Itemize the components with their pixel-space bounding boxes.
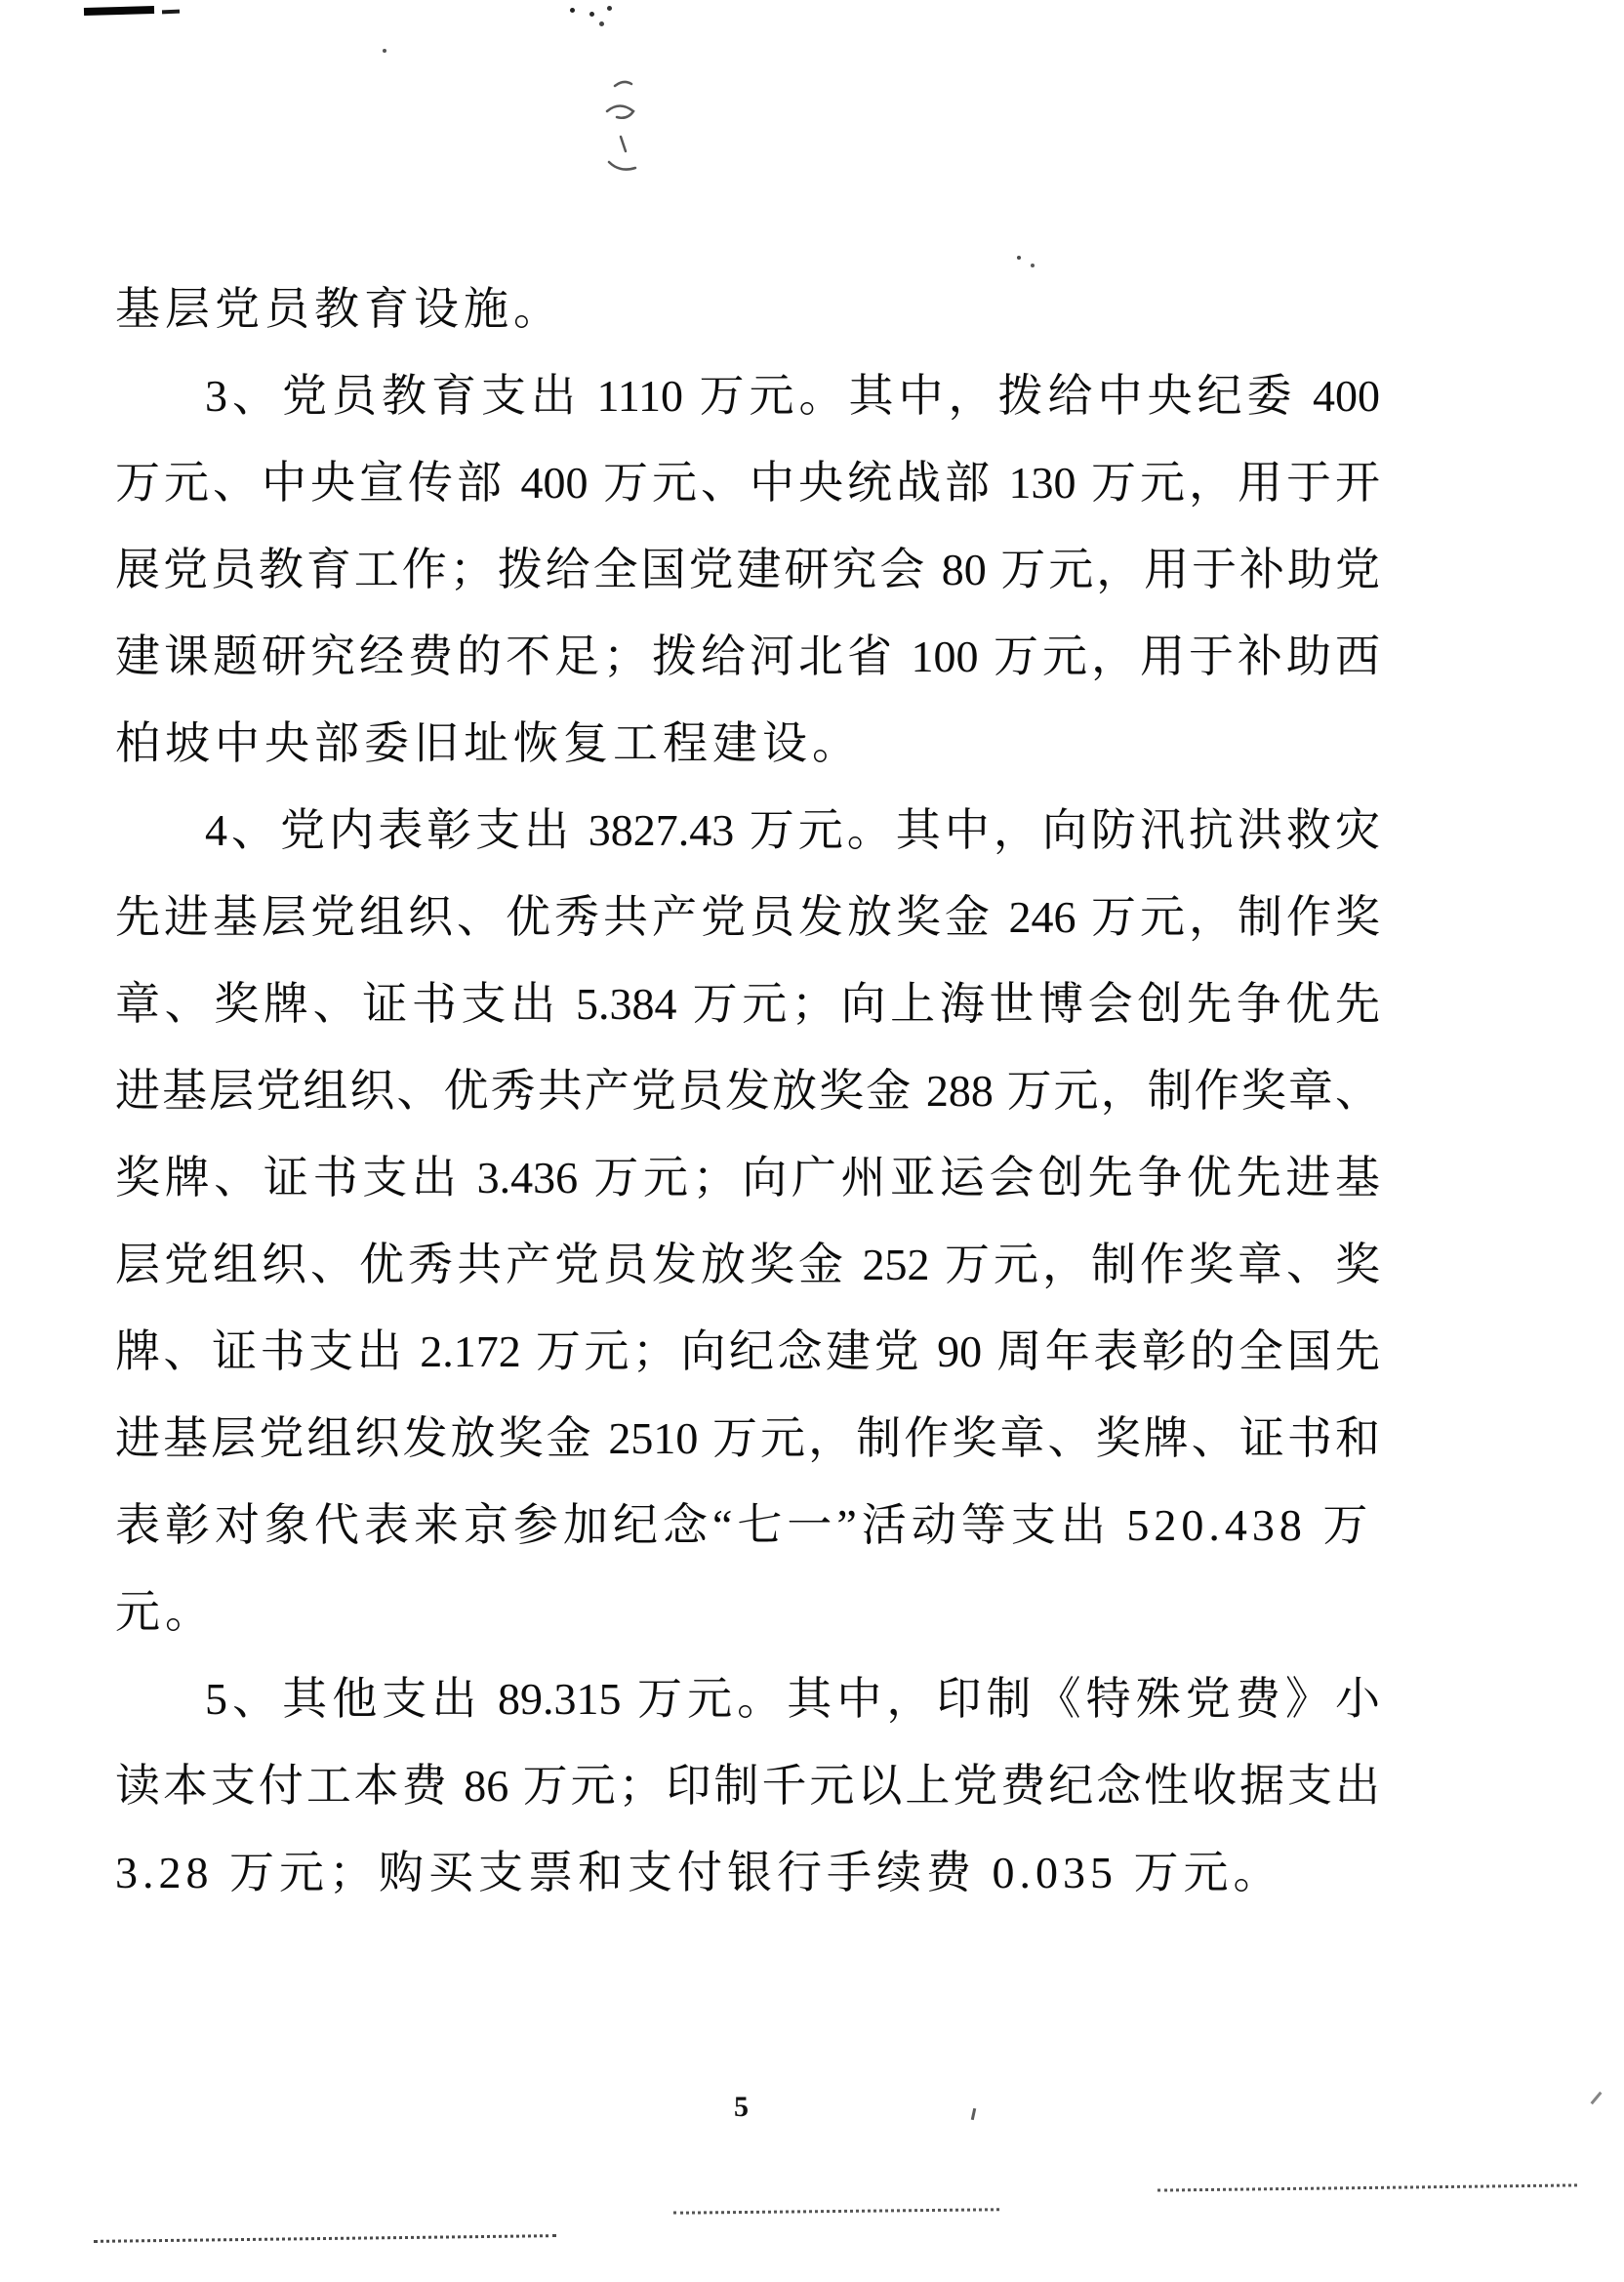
scan-fold-line [94, 2234, 556, 2243]
document-page: 基层党员教育设施。 3、党员教育支出 1110 万元。其中，拨给中央纪委 400… [0, 0, 1624, 2282]
body-text: 基层党员教育设施。 3、党员教育支出 1110 万元。其中，拨给中央纪委 400… [115, 265, 1380, 1916]
text-line: 进基层党组织、优秀共产党员发放奖金 288 万元，制作奖章、 [115, 1047, 1380, 1134]
text-line: 3、党员教育支出 1110 万元。其中，拨给中央纪委 400 [115, 352, 1380, 439]
text-line: 5、其他支出 89.315 万元。其中，印制《特殊党费》小 [115, 1655, 1380, 1742]
text-line: 建课题研究经费的不足；拨给河北省 100 万元，用于补助西 [115, 613, 1380, 700]
paragraph: 4、党内表彰支出 3827.43 万元。其中，向防汛抗洪救灾 先进基层党组织、优… [115, 787, 1380, 1655]
ink-speck [383, 49, 386, 53]
ink-dash-artifact [162, 10, 180, 15]
text-line: 进基层党组织发放奖金 2510 万元，制作奖章、奖牌、证书和 [115, 1395, 1380, 1482]
ink-speck [1017, 256, 1021, 260]
paragraph: 5、其他支出 89.315 万元。其中，印制《特殊党费》小 读本支付工本费 86… [115, 1655, 1380, 1916]
ink-speck [971, 2108, 976, 2120]
pencil-scribble-artifact [588, 74, 658, 189]
text-line: 层党组织、优秀共产党员发放奖金 252 万元，制作奖章、奖 [115, 1221, 1380, 1308]
text-line: 章、奖牌、证书支出 5.384 万元；向上海世博会创先争优先 [115, 960, 1380, 1047]
ink-speck-cluster [570, 8, 575, 13]
text-line: 基层党员教育设施。 [115, 265, 1380, 352]
scan-fold-line [673, 2208, 999, 2214]
text-line: 先进基层党组织、优秀共产党员发放奖金 246 万元，制作奖 [115, 874, 1380, 960]
ink-speck [1591, 2092, 1603, 2104]
text-line: 柏坡中央部委旧址恢复工程建设。 [115, 700, 1380, 787]
page-number: 5 [734, 2091, 749, 2124]
ink-dash-artifact [84, 6, 154, 16]
text-line: 表彰对象代表来京参加纪念“七一”活动等支出 520.438 万元。 [115, 1482, 1380, 1655]
text-line: 3.28 万元；购买支票和支付银行手续费 0.035 万元。 [115, 1829, 1380, 1916]
text-line: 万元、中央宣传部 400 万元、中央统战部 130 万元，用于开 [115, 439, 1380, 526]
text-line: 读本支付工本费 86 万元；印制千元以上党费纪念性收据支出 [115, 1742, 1380, 1829]
text-line: 牌、证书支出 2.172 万元；向纪念建党 90 周年表彰的全国先 [115, 1308, 1380, 1395]
text-line: 奖牌、证书支出 3.436 万元；向广州亚运会创先争优先进基 [115, 1134, 1380, 1221]
paragraph: 3、党员教育支出 1110 万元。其中，拨给中央纪委 400 万元、中央宣传部 … [115, 352, 1380, 787]
text-line: 4、党内表彰支出 3827.43 万元。其中，向防汛抗洪救灾 [115, 787, 1380, 874]
scan-fold-line [1157, 2183, 1577, 2191]
text-line: 展党员教育工作；拨给全国党建研究会 80 万元，用于补助党 [115, 526, 1380, 613]
paragraph: 基层党员教育设施。 [115, 265, 1380, 352]
